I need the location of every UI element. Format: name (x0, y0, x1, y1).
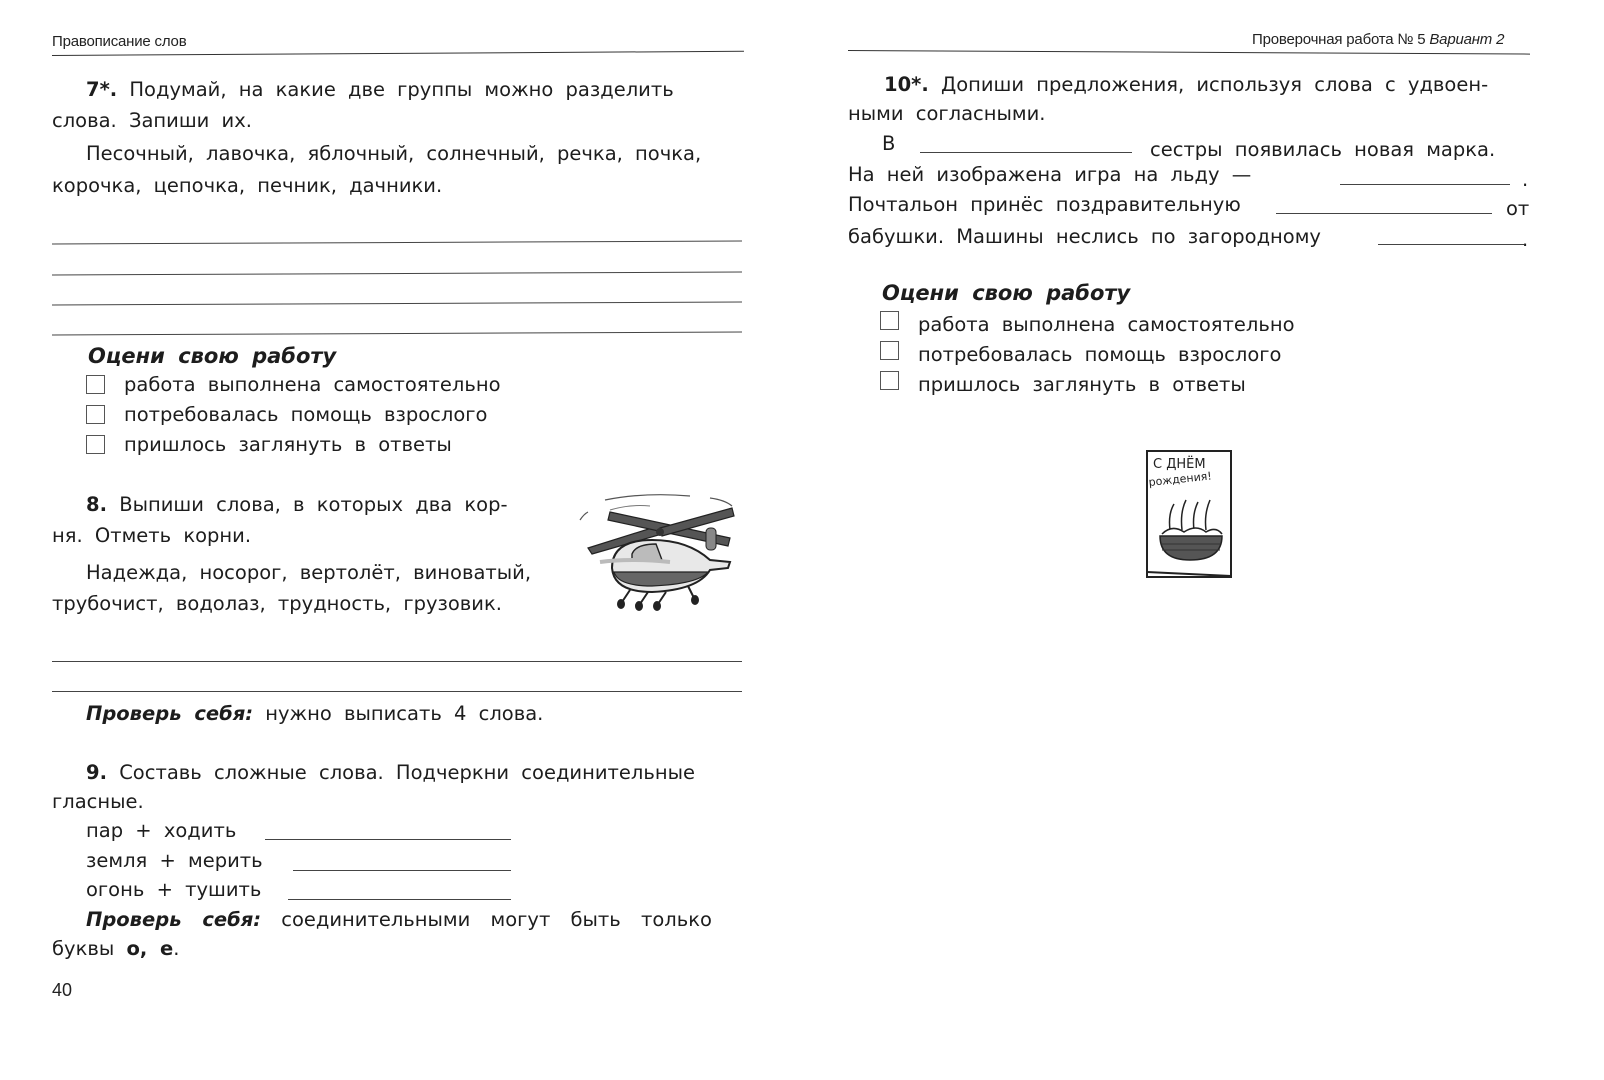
task9-check-label: Проверь себя: (86, 908, 261, 931)
card-text-line1: С ДНЁМ (1153, 456, 1206, 472)
helicopter-illustration-icon (570, 488, 745, 613)
task9-item-3: огонь + тушить (86, 878, 261, 901)
task9-check-line2: буквы о, е. (52, 937, 179, 960)
birthday-card-illustration-icon: С ДНЁМ рождения! (1144, 448, 1236, 582)
task7-instruction-line1: 7*. Подумай, на какие две группы можно р… (86, 78, 674, 101)
task10-option-2: потребовалась помощь взрослого (918, 343, 1281, 366)
task7-checkbox-2[interactable] (86, 405, 105, 424)
task10-checkbox-1[interactable] (880, 311, 899, 330)
task10-sentence3-end: от (1506, 197, 1529, 220)
task7-option-3: пришлось заглянуть в ответы (124, 433, 452, 456)
task9-answer-blank-3[interactable] (288, 899, 511, 900)
connecting-vowels: о, е (126, 937, 173, 960)
task9-item-1: пар + ходить (86, 819, 236, 842)
task7-instruction-line2: слова. Запиши их. (52, 109, 252, 132)
running-head-left: Правописание слов (52, 33, 186, 50)
task10-checkbox-2[interactable] (880, 341, 899, 360)
task8-instruction-line2: ня. Отметь корни. (52, 524, 251, 547)
task8-answer-line-1[interactable] (52, 661, 742, 662)
task8-number: 8. (86, 493, 107, 516)
task10-number: 10*. (884, 73, 929, 96)
task7-self-assessment-title: Оцени свою работу (88, 344, 336, 368)
task7-checkbox-1[interactable] (86, 375, 105, 394)
task10-sentence4-start: бабушки. Машины неслись по загородному (848, 225, 1321, 248)
task10-blank-2[interactable] (1340, 184, 1510, 185)
task10-blank-1[interactable] (920, 152, 1132, 153)
task7-words-line1: Песочный, лавочка, яблочный, солнечный, … (86, 142, 701, 165)
task10-sentence4-end: . (1522, 228, 1528, 251)
header-rule-right (848, 50, 1530, 55)
task10-sentence2-start: На ней изображена игра на льду — (848, 163, 1251, 186)
task8-instruction-line1: 8. Выпиши слова, в которых два кор- (86, 493, 508, 516)
page-number: 40 (52, 980, 72, 1001)
task7-answer-line-1[interactable] (52, 240, 742, 244)
task10-sentence1-start: В (882, 132, 895, 155)
task7-answer-line-4[interactable] (52, 331, 742, 335)
header-rule-left (52, 51, 744, 56)
task7-number: 7*. (86, 78, 117, 101)
task7-answer-line-3[interactable] (52, 301, 742, 305)
task9-item-2: земля + мерить (86, 849, 263, 872)
task9-instruction-line2: гласные. (52, 790, 144, 813)
task9-answer-blank-2[interactable] (293, 870, 511, 871)
task8-check-text: нужно выписать 4 слова. (265, 702, 543, 725)
task7-checkbox-3[interactable] (86, 435, 105, 454)
task10-instruction-line1: 10*. Допиши предложения, используя слова… (884, 73, 1488, 96)
task10-option-1: работа выполнена самостоятельно (918, 313, 1295, 336)
task8-check-yourself: Проверь себя: нужно выписать 4 слова. (86, 702, 543, 725)
task7-option-1: работа выполнена самостоятельно (124, 373, 501, 396)
task10-blank-3[interactable] (1276, 213, 1492, 214)
task8-check-label: Проверь себя: (86, 702, 253, 725)
task7-answer-line-2[interactable] (52, 271, 742, 275)
task10-self-assessment-title: Оцени свою работу (882, 281, 1130, 305)
right-page: Проверочная работа № 5 Вариант 2 10*. До… (790, 0, 1604, 1080)
task8-words-line1: Надежда, носорог, вертолёт, виноватый, (86, 561, 531, 584)
task9-answer-blank-1[interactable] (265, 839, 511, 840)
task8-answer-line-2[interactable] (52, 691, 742, 692)
task9-check-yourself: Проверь себя: соединительными могут быть… (86, 908, 712, 931)
task9-instruction-line1: 9. Составь сложные слова. Подчеркни соед… (86, 761, 695, 784)
task10-sentence1-end: сестры появилась новая марка. (1150, 138, 1495, 161)
task10-checkbox-3[interactable] (880, 371, 899, 390)
task9-check-text: соединительными могут быть только (281, 908, 712, 931)
task8-words-line2: трубочист, водолаз, трудность, грузовик. (52, 592, 502, 615)
task10-sentence2-end: . (1522, 168, 1528, 191)
task10-sentence3-start: Почтальон принёс поздравительную (848, 193, 1241, 216)
running-head-right: Проверочная работа № 5 Вариант 2 (1252, 31, 1504, 48)
task10-blank-4[interactable] (1378, 244, 1524, 245)
task9-number: 9. (86, 761, 107, 784)
task10-instruction-line2: ными согласными. (848, 102, 1046, 125)
task10-option-3: пришлось заглянуть в ответы (918, 373, 1246, 396)
left-page: Правописание слов 7*. Подумай, на какие … (0, 0, 790, 1080)
task7-option-2: потребовалась помощь взрослого (124, 403, 487, 426)
task7-words-line2: корочка, цепочка, печник, дачники. (52, 174, 442, 197)
